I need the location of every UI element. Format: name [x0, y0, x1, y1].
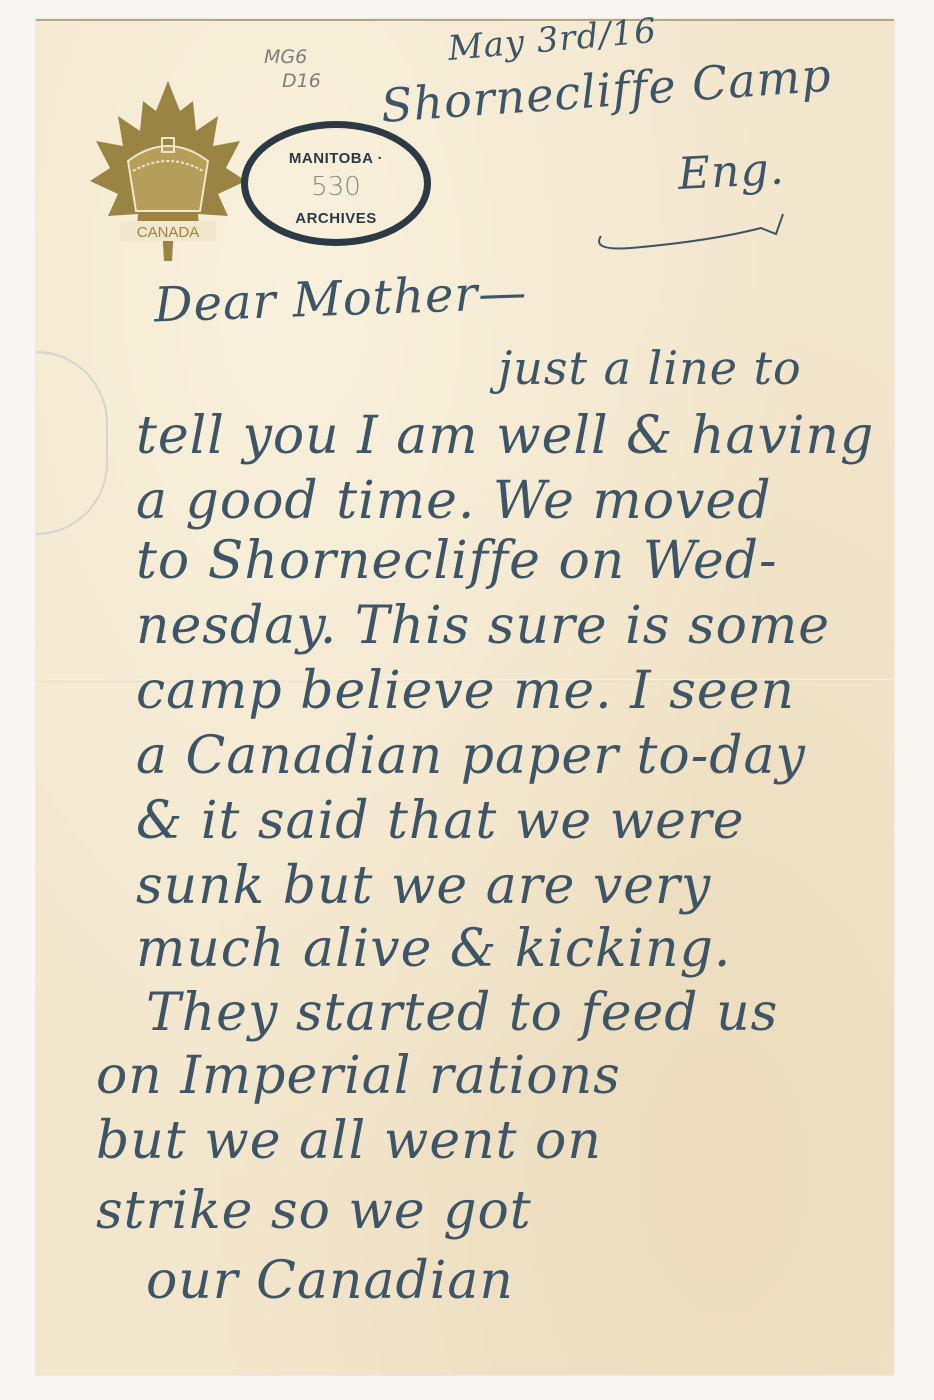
faded-stamp-impression — [36, 351, 108, 535]
body-line: strike so we got — [96, 1181, 532, 1241]
body-line: They started to feed us — [146, 983, 778, 1043]
body-line: a Canadian paper to-day — [136, 726, 806, 786]
signature-flourish-icon — [591, 206, 821, 256]
body-line: our Canadian — [146, 1251, 514, 1311]
reference-line-2: D16 — [264, 69, 321, 93]
letter-date: May 3rd/16 — [446, 11, 658, 69]
body-line: & it said that we were — [136, 791, 745, 851]
svg-text:CANADA: CANADA — [137, 224, 200, 241]
manitoba-archives-stamp: MANITOBA · 530 ARCHIVES — [241, 121, 431, 246]
letter-greeting: Dear Mother— — [153, 265, 528, 334]
body-line: camp believe me. I seen — [136, 661, 795, 721]
letter-country: Eng. — [677, 143, 786, 200]
body-line: but we all went on — [96, 1111, 602, 1171]
reference-line-1: MG6 — [264, 45, 321, 69]
body-line: nesday. This sure is some — [136, 596, 830, 656]
body-line: to Shornecliffe on Wed- — [136, 531, 778, 591]
stamp-line-2: ARCHIVES — [248, 210, 424, 227]
letter-place: Shornecliffe Camp — [379, 48, 833, 133]
body-line: a good time. We moved — [136, 471, 771, 531]
body-line: on Imperial rations — [96, 1046, 621, 1106]
stamp-line-1: MANITOBA · — [248, 150, 424, 167]
body-line: much alive & kicking. — [136, 919, 731, 979]
maple-leaf-crown-icon: CANADA — [88, 76, 248, 266]
archival-reference-notation: MG6 D16 — [264, 45, 321, 93]
stamp-number: 530 — [248, 172, 424, 202]
body-line: just a line to — [498, 341, 802, 395]
letter-paper: CANADA MG6 D16 MANITOBA · 530 ARCHIVES M… — [36, 19, 894, 1375]
body-line: sunk but we are very — [136, 856, 711, 916]
body-line: tell you I am well & having — [136, 406, 874, 466]
